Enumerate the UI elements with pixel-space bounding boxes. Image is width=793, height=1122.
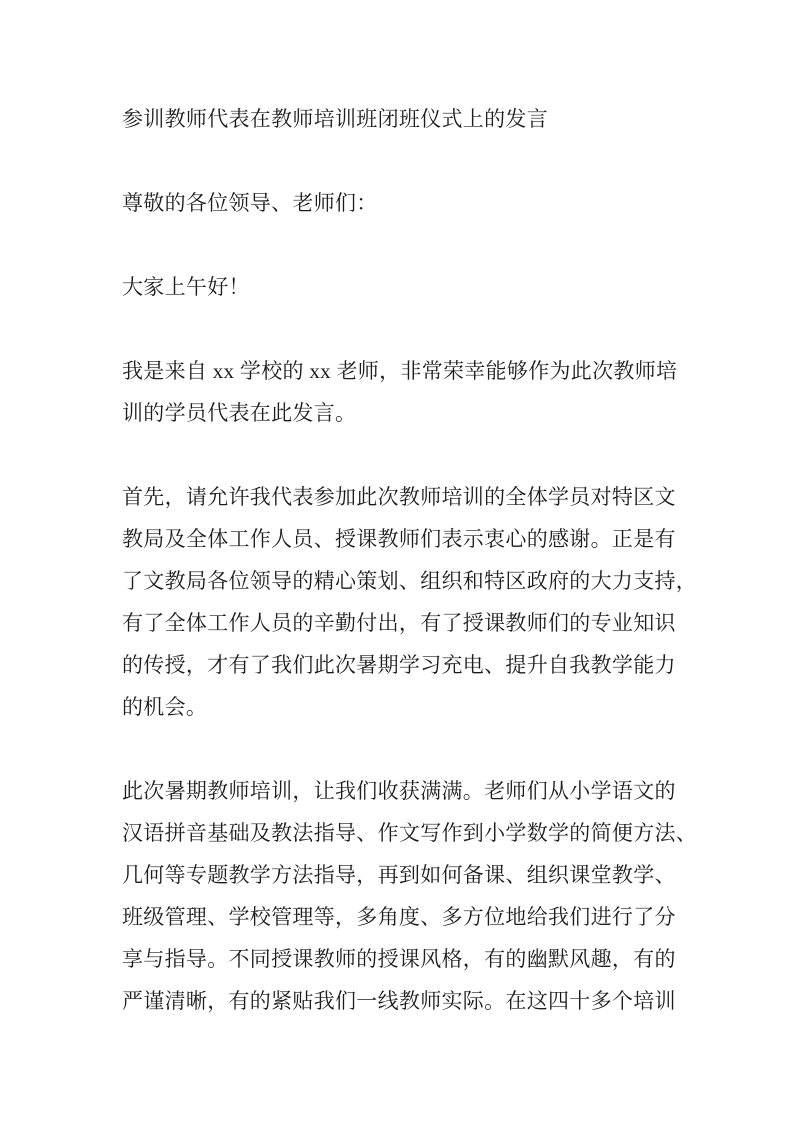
text-line: 的机会。 — [122, 686, 698, 728]
text-line: 大家上午好！ — [122, 266, 698, 308]
paragraph-harvest: 此次暑期教师培训，让我们收获满满。老师们从小学语文的 汉语拼音基础及教法指导、作… — [122, 770, 698, 1022]
greeting: 大家上午好！ — [122, 266, 698, 308]
text-line: 班级管理、学校管理等，多角度、多方位地给我们进行了分 — [122, 896, 698, 938]
text-line: 训的学员代表在此发言。 — [122, 392, 698, 434]
text-line: 了文教局各位领导的精心策划、组织和特区政府的大力支持， — [122, 560, 698, 602]
salutation: 尊敬的各位领导、老师们： — [122, 182, 698, 224]
text-line: 严谨清晰，有的紧贴我们一线教师实际。在这四十多个培训 — [122, 980, 698, 1022]
text-line: 首先，请允许我代表参加此次教师培训的全体学员对特区文 — [122, 476, 698, 518]
paragraph-intro: 我是来自 xx 学校的 xx 老师，非常荣幸能够作为此次教师培 训的学员代表在此… — [122, 350, 698, 434]
text-line: 有了全体工作人员的辛勤付出，有了授课教师们的专业知识 — [122, 602, 698, 644]
text-line: 尊敬的各位领导、老师们： — [122, 182, 698, 224]
text-line: 汉语拼音基础及教法指导、作文写作到小学数学的简便方法、 — [122, 812, 698, 854]
text-line: 我是来自 xx 学校的 xx 老师，非常荣幸能够作为此次教师培 — [122, 350, 698, 392]
text-line: 几何等专题教学方法指导，再到如何备课、组织课堂教学、 — [122, 854, 698, 896]
document-title: 参训教师代表在教师培训班闭班仪式上的发言 — [122, 98, 698, 140]
text-line: 此次暑期教师培训，让我们收获满满。老师们从小学语文的 — [122, 770, 698, 812]
document-page: 参训教师代表在教师培训班闭班仪式上的发言 尊敬的各位领导、老师们： 大家上午好！… — [0, 0, 793, 1122]
title-line: 参训教师代表在教师培训班闭班仪式上的发言 — [122, 98, 698, 140]
text-line: 教局及全体工作人员、授课教师们表示衷心的感谢。正是有 — [122, 518, 698, 560]
text-line: 的传授，才有了我们此次暑期学习充电、提升自我教学能力 — [122, 644, 698, 686]
text-line: 享与指导。不同授课教师的授课风格，有的幽默风趣，有的 — [122, 938, 698, 980]
paragraph-thanks: 首先，请允许我代表参加此次教师培训的全体学员对特区文 教局及全体工作人员、授课教… — [122, 476, 698, 728]
